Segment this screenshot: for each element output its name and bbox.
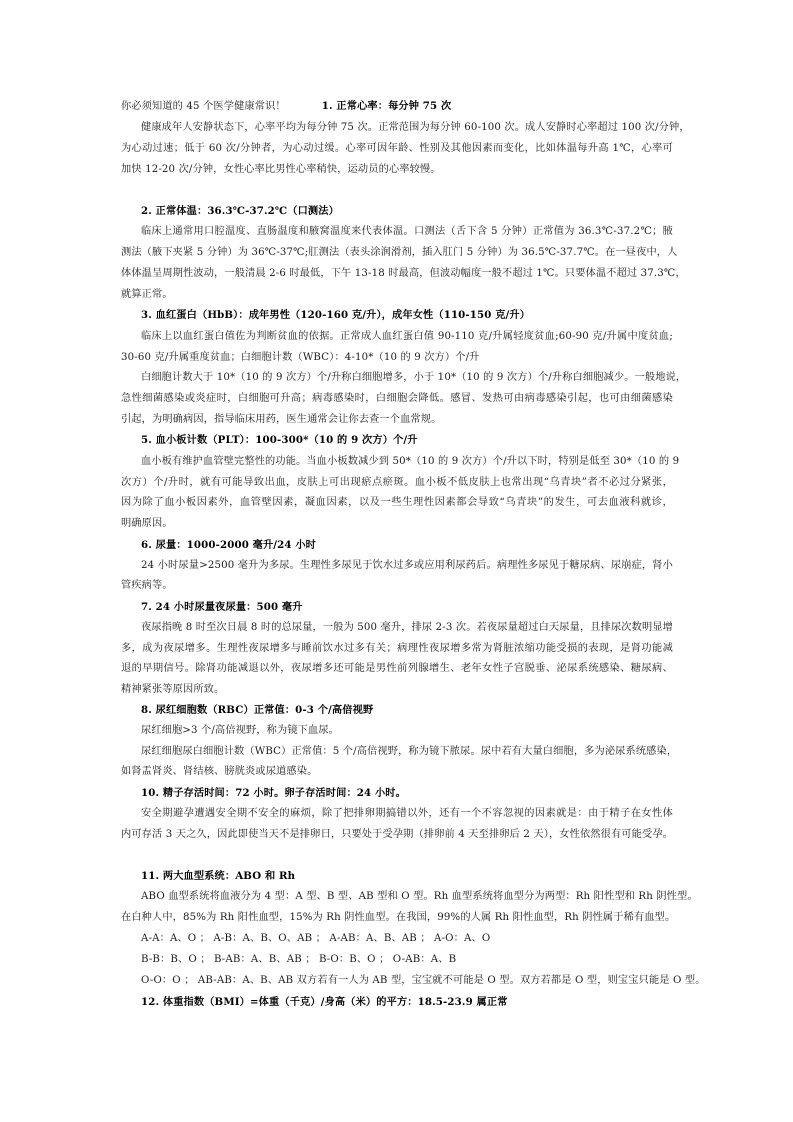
document-page: 你必须知道的 45 个医学健康常识！1. 正常心率：每分钟 75 次 健康成年人…	[0, 0, 793, 1122]
paragraph-line: 退的早期信号。除肾功能减退以外，夜尿增多还可能是男性前列腺增生、老年女性子宫脱垂…	[121, 662, 673, 676]
paragraph-line: 加快 12-20 次/分钟，女性心率比男性心率稍快，运动员的心率较慢。	[121, 163, 673, 177]
paragraph-line: 尿红细胞尿白细胞计数（WBC）正常值：5 个/高倍视野，称为镜下脓尿。尿中若有大…	[141, 745, 673, 759]
paragraph-line: 精神紧张等原因所致。	[121, 683, 673, 697]
section-7-heading: 7. 24 小时尿量夜尿量：500 毫升	[141, 600, 673, 614]
paragraph-line: 就算正常。	[121, 288, 673, 302]
section-12-heading: 12. 体重指数（BMI）=体重（千克）/身高（米）的平方：18.5-23.9 …	[141, 995, 673, 1009]
paragraph-line: 因为除了血小板因素外，血管壁因素，凝血因素，以及一些生理性因素都会导致“乌青块”…	[121, 496, 673, 510]
section-5-heading: 5. 血小板计数（PLT）：100-300*（10 的 9 次方）个/升	[141, 433, 673, 447]
blood-type-combos-line: B-B：B、O ； B-AB：A、B、AB ； B-O：B、O ； O-AB：A…	[141, 953, 673, 967]
paragraph-line: 明确原因。	[121, 517, 673, 531]
paragraph-line: 测法（腋下夹紧 5 分钟）为 36℃-37℃;肛测法（表头涂润滑剂，插入肛门 5…	[121, 246, 673, 260]
document-intro: 你必须知道的 45 个医学健康常识！	[121, 101, 286, 112]
paragraph-line: 次方）个/升时，就有可能导致出血，皮肤上可出现瘀点瘀斑。血小板不低皮肤上也常出现…	[121, 476, 673, 490]
paragraph-line: 健康成年人安静状态下，心率平均为每分钟 75 次。正常范围为每分钟 60-100…	[141, 121, 673, 135]
paragraph-line: 尿红细胞>3 个/高倍视野，称为镜下血尿。	[141, 724, 673, 738]
paragraph-line: 体体温呈周期性波动，一般清晨 2-6 时最低，下午 13-18 时最高，但波动幅…	[121, 267, 673, 281]
paragraph-line: 管疾病等。	[121, 579, 673, 593]
intro-line: 你必须知道的 45 个医学健康常识！1. 正常心率：每分钟 75 次	[121, 99, 673, 114]
paragraph-line: 内可存活 3 天之久，因此即使当天不是排卵日，只要处于受孕期（排卵前 4 天至排…	[121, 828, 673, 842]
paragraph-line: 临床上以血红蛋白值佐为判断贫血的依据。正常成人血红蛋白值 90-110 克/升属…	[141, 330, 673, 344]
paragraph-line: 多，成为夜尿增多。生理性夜尿增多与睡前饮水过多有关；病理性夜尿增多常为肾脏浓缩功…	[121, 642, 673, 656]
section-1-heading: 1. 正常心率：每分钟 75 次	[322, 100, 452, 112]
paragraph-line: 安全期避孕遭遇安全期不安全的麻烦，除了把排卵期搞错以外，还有一个不容忽视的因素就…	[141, 807, 673, 821]
blood-type-combos-line: A-A：A、O ； A-B：A、B、O、AB ； A-AB：A、B、AB ； A…	[141, 932, 673, 946]
paragraph-line: ABO 血型系统将血液分为 4 型：A 型、B 型、AB 型和 O 型。Rh 血…	[141, 890, 673, 904]
section-11-heading: 11. 两大血型系统：ABO 和 Rh	[141, 869, 673, 883]
section-8-heading: 8. 尿红细胞数（RBC）正常值：0-3 个/高倍视野	[141, 703, 673, 717]
paragraph-line: 临床上通常用口腔温度、直肠温度和腋窝温度来代表体温。口测法（舌下含 5 分钟）正…	[141, 225, 673, 239]
paragraph-line: 为心动过速；低于 60 次/分钟者，为心动过缓。心率可因年龄、性别及其他因素而变…	[121, 142, 673, 156]
section-6-heading: 6. 尿量：1000-2000 毫升/24 小时	[141, 538, 673, 552]
paragraph-line: 24 小时尿量>2500 毫升为多尿。生理性多尿见于饮水过多或应用利尿药后。病理…	[141, 559, 673, 573]
blood-type-combos-line: O-O：O ； AB-AB：A、B、AB 双方若有一人为 AB 型，宝宝就不可能…	[141, 974, 673, 988]
paragraph-line: 急性细菌感染或炎症时，白细胞可升高；病毒感染时，白细胞会降低。感冒、发热可由病毒…	[121, 392, 673, 406]
paragraph-line: 血小板有维护血管壁完整性的功能。当血小板数减少到 50*（10 的 9 次方）个…	[141, 455, 673, 469]
paragraph-line: 30-60 克/升属重度贫血；白细胞计数（WBC）：4-10*（10 的 9 次…	[121, 351, 673, 365]
paragraph-line: 白细胞计数大于 10*（10 的 9 次方）个/升称白细胞增多，小于 10*（1…	[141, 371, 673, 385]
section-10-heading: 10. 精子存活时间：72 小时。卵子存活时间：24 小时。	[141, 786, 673, 800]
section-2-heading: 2. 正常体温：36.3℃-37.2℃（口测法）	[141, 204, 673, 218]
paragraph-line: 如肾盂肾炎、肾结核、膀胱炎或尿道感染。	[121, 765, 673, 779]
paragraph-line: 在白种人中，85%为 Rh 阳性血型，15%为 Rh 阴性血型。在我国，99%的…	[121, 911, 673, 925]
paragraph-line: 引起，为明确病因，指导临床用药，医生通常会让你去查一个血常规。	[121, 413, 673, 427]
section-3-heading: 3. 血红蛋白（HbB）：成年男性（120-160 克/升），成年女性（110-…	[141, 308, 673, 322]
paragraph-line: 夜尿指晚 8 时至次日晨 8 时的总尿量，一般为 500 毫升，排尿 2-3 次…	[141, 621, 673, 635]
